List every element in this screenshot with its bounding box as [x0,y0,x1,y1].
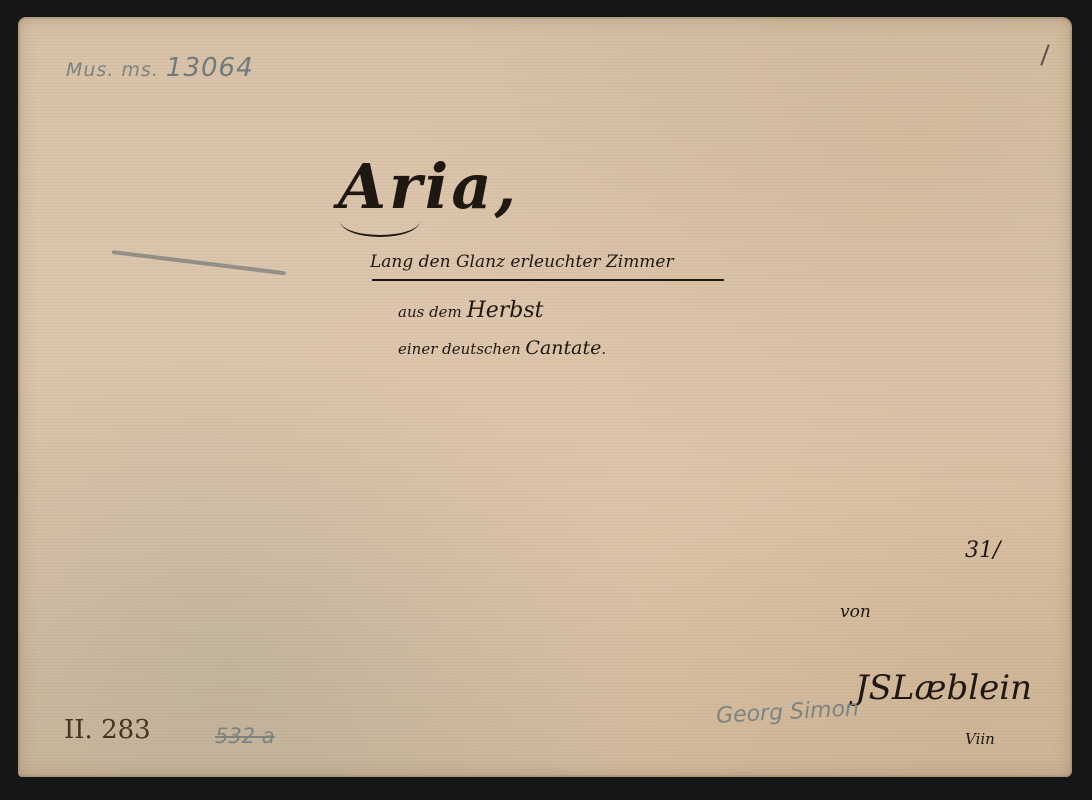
incipit-line: Lang den Glanz erleuchter Zimmer [370,252,674,272]
cantata-prefix: einer deutschen [398,340,521,358]
source-word: Herbst [467,298,544,323]
cantata-word: Cantate [525,337,601,359]
von-label: von [840,602,871,622]
shelfmark-prefix: Mus. ms. [66,59,159,81]
signature-suffix: Viin [965,730,995,748]
shelfmark-bottom: II. 283 [64,715,151,745]
shelfmark-old-crossed: 532 a [215,724,275,748]
folio-number: 31/ [965,538,1000,563]
source-line: aus dem Herbst [398,298,544,323]
title-flourish [340,205,420,237]
composer-signature: JSLæblein [855,668,1032,708]
cantata-suffix: . [601,340,606,358]
source-prefix: aus dem [398,303,462,321]
incipit-underline [372,279,724,281]
shelfmark-number: 13064 [166,53,254,83]
cantata-line: einer deutschen Cantate. [398,337,606,359]
corner-pencil-mark [1040,44,1049,65]
shelfmark-top: Mus. ms. 13064 [66,53,254,83]
manuscript-sheet: Mus. ms. 13064 [18,17,1072,777]
